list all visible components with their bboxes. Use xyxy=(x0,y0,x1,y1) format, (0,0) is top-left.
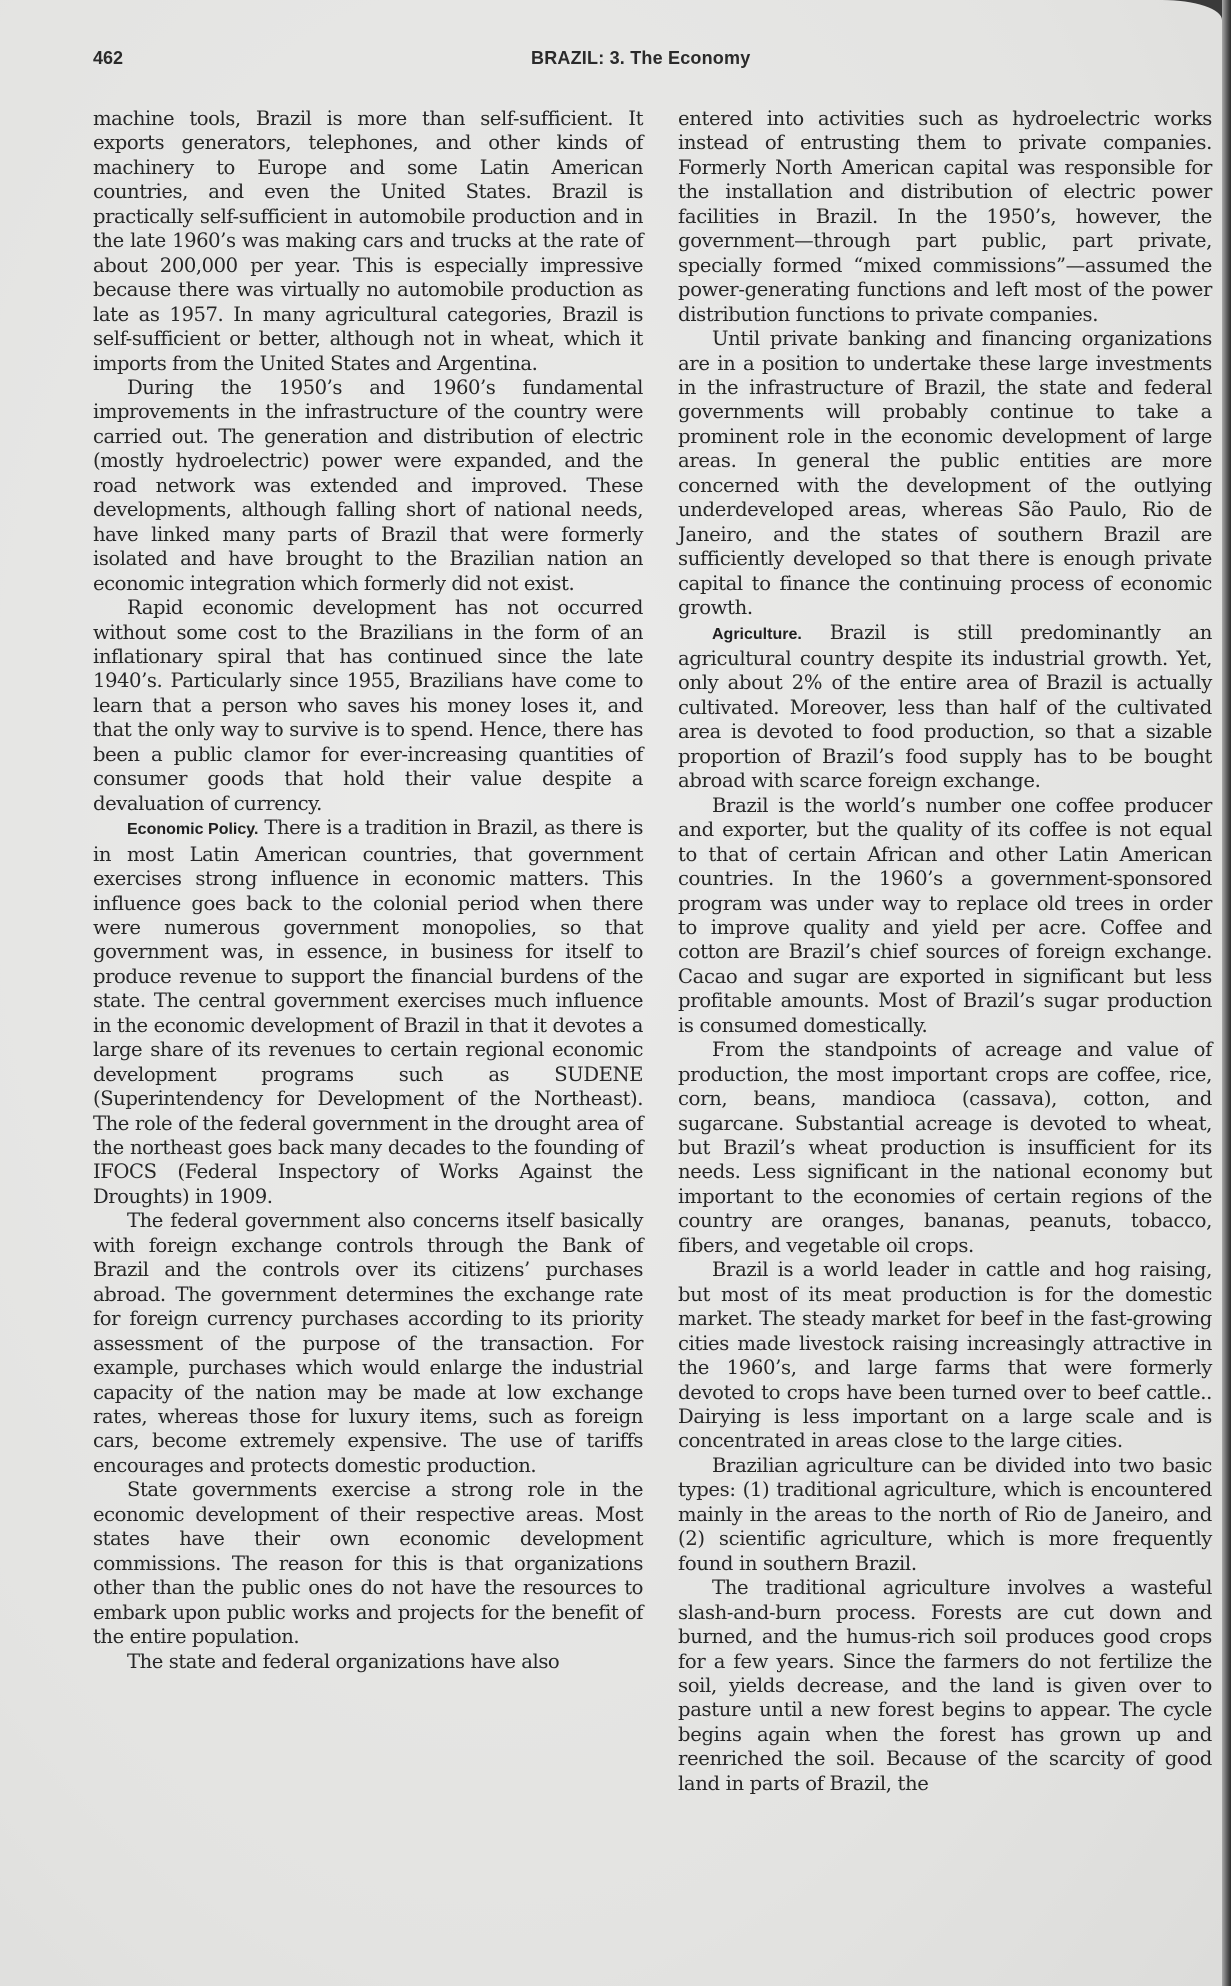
paragraph-text: During the 1950’s and 1960’s fundamental… xyxy=(93,376,643,595)
paragraph: Brazil is a world leader in cattle and h… xyxy=(678,1258,1212,1454)
page-number: 462 xyxy=(93,48,123,69)
paragraph: Brazil is the world’s number one coffee … xyxy=(678,794,1212,1039)
running-head: 462 BRAZIL: 3. The Economy xyxy=(93,48,1210,72)
book-spine-edge xyxy=(1222,0,1231,1986)
paragraph-text: There is a tradition in Brazil, as there… xyxy=(93,816,643,1208)
right-column: entered into activities such as hydroele… xyxy=(678,107,1212,1796)
section-heading: Agriculture. xyxy=(712,626,802,643)
paragraph: Brazilian agriculture can be divided int… xyxy=(678,1454,1212,1576)
paragraph-text: The traditional agriculture involves a w… xyxy=(678,1576,1212,1795)
paragraph-text: State governments exercise a strong role… xyxy=(93,1478,643,1648)
paragraph-text: entered into activities such as hydroele… xyxy=(678,107,1212,326)
paragraph: During the 1950’s and 1960’s fundamental… xyxy=(93,376,643,596)
paragraph-text: Brazil is a world leader in cattle and h… xyxy=(678,1258,1212,1452)
paragraph: entered into activities such as hydroele… xyxy=(678,107,1212,327)
paragraph: Until private banking and financing orga… xyxy=(678,327,1212,620)
paragraph-agriculture: Agriculture. Brazil is still predominant… xyxy=(678,621,1212,794)
paragraph-text: Brazilian agriculture can be divided int… xyxy=(678,1454,1212,1575)
left-column: machine tools, Brazil is more than self-… xyxy=(93,107,643,1674)
paragraph: The traditional agriculture involves a w… xyxy=(678,1576,1212,1796)
paragraph: machine tools, Brazil is more than self-… xyxy=(93,107,643,376)
book-page: 462 BRAZIL: 3. The Economy machine tools… xyxy=(0,0,1222,1986)
paragraph: From the standpoints of acreage and valu… xyxy=(678,1038,1212,1258)
paragraph: The federal government also concerns its… xyxy=(93,1209,643,1478)
section-heading: Economic Policy. xyxy=(127,821,258,838)
paragraph: Rapid economic development has not occur… xyxy=(93,596,643,816)
paragraph-text: machine tools, Brazil is more than self-… xyxy=(93,107,643,375)
paragraph-text: From the standpoints of acreage and valu… xyxy=(678,1038,1212,1257)
paragraph-text: Brazil is still predominantly an agricul… xyxy=(678,621,1212,793)
paragraph-text: The federal government also concerns its… xyxy=(93,1209,643,1477)
paragraph: The state and federal organizations have… xyxy=(93,1650,643,1674)
paragraph-text: The state and federal organizations have… xyxy=(127,1650,559,1673)
paragraph-text: Rapid economic development has not occur… xyxy=(93,596,643,815)
paragraph-text: Until private banking and financing orga… xyxy=(678,327,1212,619)
running-title: BRAZIL: 3. The Economy xyxy=(531,48,750,69)
paragraph-economic-policy: Economic Policy. There is a tradition in… xyxy=(93,816,643,1209)
paragraph: State governments exercise a strong role… xyxy=(93,1478,643,1649)
paragraph-text: Brazil is the world’s number one coffee … xyxy=(678,794,1212,1037)
